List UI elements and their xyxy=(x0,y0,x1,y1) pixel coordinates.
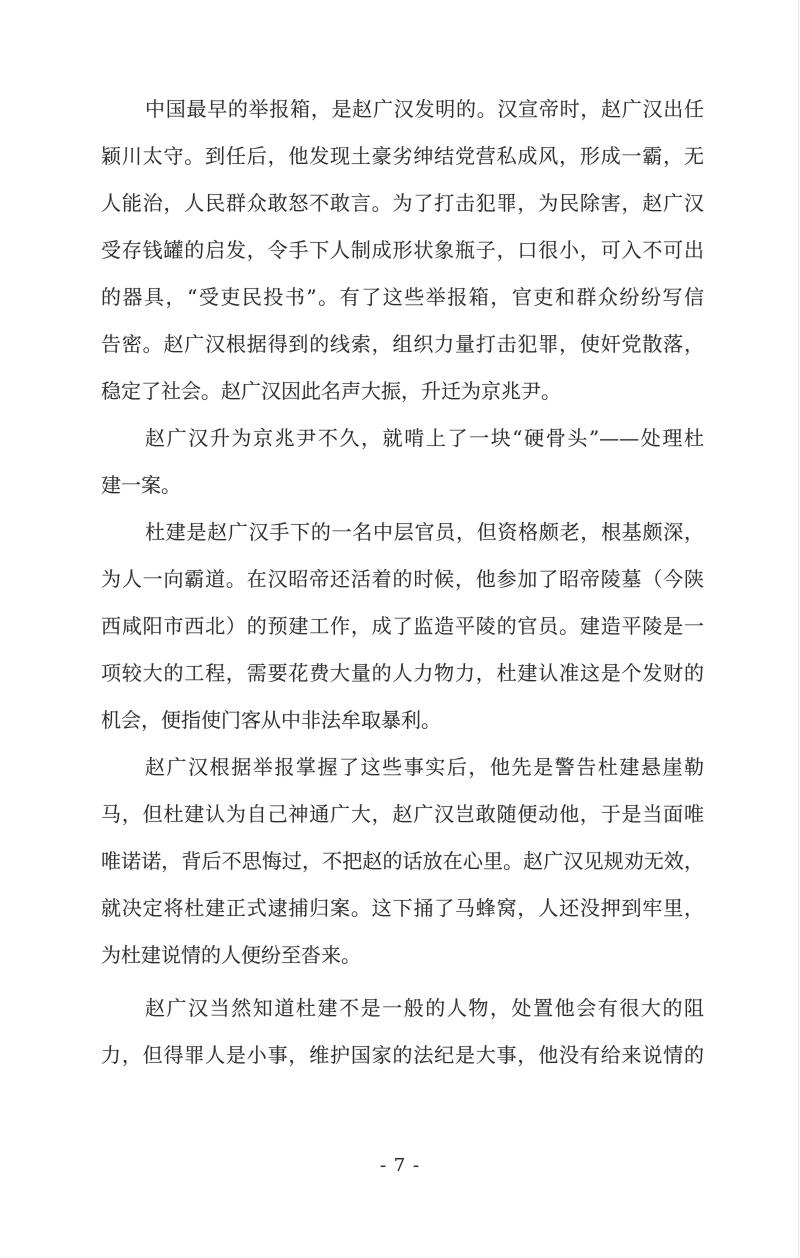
document-page: 中国最早的举报箱，是赵广汉发明的。汉宣帝时，赵广汉出任颖川太守。到任后，他发现土… xyxy=(0,0,800,1258)
text-line: 受存钱罐的启发，令手下人制成形状象瓶子，口很小，可入不可出 xyxy=(101,227,704,274)
text-line: 赵广汉根据举报掌握了这些事实后，他先是警告杜建悬崖勒 xyxy=(101,744,704,791)
text-line: 稳定了社会。赵广汉因此名声大振，升迁为京兆尹。 xyxy=(101,368,704,415)
paragraph: 赵广汉升为京兆尹不久，就啃上了一块“硬骨头”——处理杜建一案。 xyxy=(101,415,704,509)
body-text: 中国最早的举报箱，是赵广汉发明的。汉宣帝时，赵广汉出任颖川太守。到任后，他发现土… xyxy=(101,86,704,1079)
text-line: 建一案。 xyxy=(101,462,704,509)
text-line: 马，但杜建认为自己神通广大，赵广汉岂敢随便动他，于是当面唯 xyxy=(101,791,704,838)
text-line: 的器具，“受吏民投书”。有了这些举报箱，官吏和群众纷纷写信 xyxy=(101,274,704,321)
text-line: 项较大的工程，需要花费大量的人力物力，杜建认准这是个发财的 xyxy=(101,650,704,697)
text-line: 就决定将杜建正式逮捕归案。这下捅了马蜂窝，人还没押到牢里， xyxy=(101,885,704,932)
text-line: 为人一向霸道。在汉昭帝还活着的时候，他参加了昭帝陵墓（今陕 xyxy=(101,556,704,603)
paragraph: 赵广汉当然知道杜建不是一般的人物，处置他会有很大的阻力，但得罪人是小事，维护国家… xyxy=(101,985,704,1079)
text-line: 中国最早的举报箱，是赵广汉发明的。汉宣帝时，赵广汉出任 xyxy=(101,86,704,133)
text-line: 杜建是赵广汉手下的一名中层官员，但资格颇老，根基颇深， xyxy=(101,509,704,556)
page-edge-line xyxy=(798,0,799,1258)
text-line: 告密。赵广汉根据得到的线索，组织力量打击犯罪，使奸党散落， xyxy=(101,321,704,368)
text-line: 赵广汉当然知道杜建不是一般的人物，处置他会有很大的阻 xyxy=(101,985,704,1032)
paragraph: 杜建是赵广汉手下的一名中层官员，但资格颇老，根基颇深，为人一向霸道。在汉昭帝还活… xyxy=(101,509,704,744)
text-line: 机会，便指使门客从中非法牟取暴利。 xyxy=(101,697,704,744)
text-line: 西咸阳市西北）的预建工作，成了监造平陵的官员。建造平陵是一 xyxy=(101,603,704,650)
text-line: 颖川太守。到任后，他发现土豪劣绅结党营私成风，形成一霸，无 xyxy=(101,133,704,180)
text-line: 人能治，人民群众敢怒不敢言。为了打击犯罪，为民除害，赵广汉 xyxy=(101,180,704,227)
text-line: 唯诺诺，背后不思悔过，不把赵的话放在心里。赵广汉见规劝无效， xyxy=(101,838,704,885)
text-line: 为杜建说情的人便纷至沓来。 xyxy=(101,932,704,979)
text-line: 赵广汉升为京兆尹不久，就啃上了一块“硬骨头”——处理杜 xyxy=(101,415,704,462)
text-line: 力，但得罪人是小事，维护国家的法纪是大事，他没有给来说情的 xyxy=(101,1032,704,1079)
paragraph: 赵广汉根据举报掌握了这些事实后，他先是警告杜建悬崖勒马，但杜建认为自己神通广大，… xyxy=(101,744,704,979)
page-number: - 7 - xyxy=(0,1152,800,1180)
paragraph: 中国最早的举报箱，是赵广汉发明的。汉宣帝时，赵广汉出任颖川太守。到任后，他发现土… xyxy=(101,86,704,415)
